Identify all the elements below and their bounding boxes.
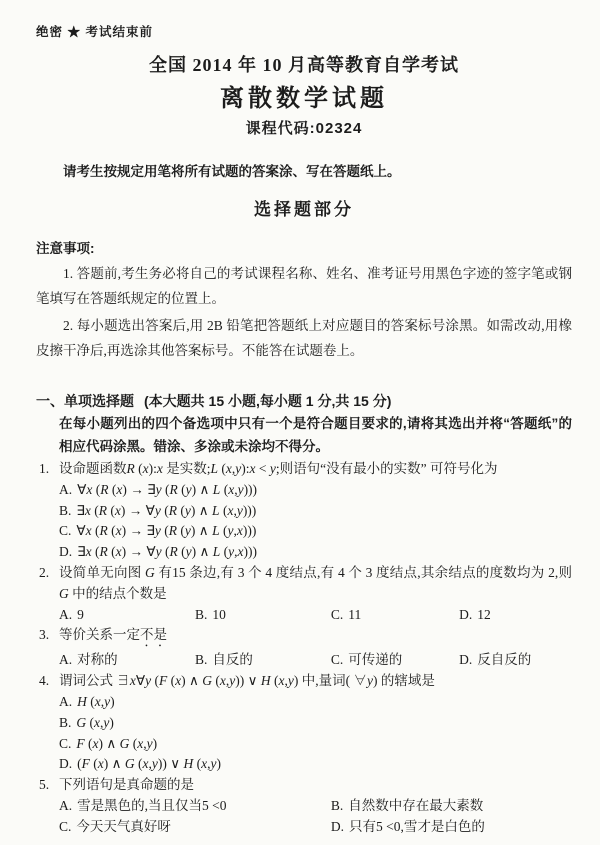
option-label: D.	[459, 652, 472, 667]
option-text: 只有5 <0,雪才是白色的	[349, 819, 485, 834]
part-instruction: 在每小题列出的四个备选项中只有一个是符合题目要求的,请将其选出并将“答题纸”的相…	[36, 413, 572, 458]
option-text: 对称的	[77, 652, 118, 667]
option-text: ∀x (R (x) → ∃y (R (y) ∧ L (x,y)))	[77, 482, 257, 497]
option-text: 可传递的	[348, 652, 402, 667]
exam-page: 绝密 ★ 考试结束前 全国 2014 年 10 月高等教育自学考试 离散数学试题…	[0, 0, 600, 845]
section-title: 选择题部分	[36, 198, 572, 222]
option-text: 12	[477, 607, 491, 622]
option: A.H (x,y)	[59, 692, 572, 713]
option-group: A.雪是黑色的,当且仅当5 <0B.自然数中存在最大素数C.今天天气真好呀D.只…	[59, 796, 572, 838]
option-label: B.	[331, 798, 343, 813]
question-stem: 设命题函数R (x):x 是实数;L (x,y):x < y;则语句“没有最小的…	[59, 459, 572, 480]
course-code: 课程代码:02324	[36, 118, 572, 140]
option-label: B.	[195, 652, 207, 667]
option-text: 11	[348, 607, 361, 622]
option-text: 自反的	[212, 652, 253, 667]
question: 3.等价关系一定不是A.对称的B.自反的C.可传递的D.反自反的	[36, 625, 572, 671]
option-label: B.	[195, 607, 207, 622]
option: A.对称的	[59, 650, 195, 671]
question-stem: 谓词公式 ∃x∀y (F (x) ∧ G (x,y)) ∨ H (x,y) 中,…	[59, 671, 572, 692]
exam-session: 全国 2014 年 10 月高等教育自学考试	[36, 52, 572, 78]
exam-header: 全国 2014 年 10 月高等教育自学考试 离散数学试题 课程代码:02324	[36, 52, 572, 140]
question: 5.下列语句是真命题的是A.雪是黑色的,当且仅当5 <0B.自然数中存在最大素数…	[36, 775, 572, 837]
option-label: B.	[59, 715, 71, 730]
option: D.反自反的	[459, 650, 572, 671]
question-number: 3.	[39, 625, 59, 671]
question: 1.设命题函数R (x):x 是实数;L (x,y):x < y;则语句“没有最…	[36, 459, 572, 563]
question-body: 等价关系一定不是A.对称的B.自反的C.可传递的D.反自反的	[59, 625, 572, 671]
option-label: C.	[59, 523, 71, 538]
question-stem: 等价关系一定不是	[59, 625, 572, 650]
option: D.12	[459, 605, 572, 626]
option-label: B.	[59, 503, 71, 518]
option: C.∀x (R (x) → ∃y (R (y) ∧ L (y,x)))	[59, 521, 572, 542]
option-label: D.	[331, 819, 344, 834]
option-text: (F (x) ∧ G (x,y)) ∨ H (x,y)	[77, 756, 221, 771]
option-group: A.对称的B.自反的C.可传递的D.反自反的	[59, 650, 572, 671]
option-text: 反自反的	[477, 652, 531, 667]
option: C.F (x) ∧ G (x,y)	[59, 734, 572, 755]
option: B.∃x (R (x) → ∀y (R (y) ∧ L (x,y)))	[59, 501, 572, 522]
option-text: F (x) ∧ G (x,y)	[76, 736, 157, 751]
option-text: 9	[77, 607, 84, 622]
option: B.自然数中存在最大素数	[331, 796, 572, 817]
question-stem: 设简单无向图 G 有15 条边,有 3 个 4 度结点,有 4 个 3 度结点,…	[59, 563, 572, 605]
option-label: D.	[59, 756, 72, 771]
option-label: C.	[331, 652, 343, 667]
option: A.雪是黑色的,当且仅当5 <0	[59, 796, 331, 817]
option-label: A.	[59, 694, 72, 709]
option: C.11	[331, 605, 459, 626]
option-group: A.9B.10C.11D.12	[59, 605, 572, 626]
option-text: H (x,y)	[77, 694, 115, 709]
question-number: 4.	[39, 671, 59, 775]
option-group: A.H (x,y)B.G (x,y)C.F (x) ∧ G (x,y)D.(F …	[59, 692, 572, 775]
question-list: 1.设命题函数R (x):x 是实数;L (x,y):x < y;则语句“没有最…	[36, 459, 572, 838]
option-label: C.	[59, 819, 71, 834]
option-label: A.	[59, 652, 72, 667]
part-heading: 一、单项选择题(本大题共 15 小题,每小题 1 分,共 15 分)	[36, 390, 572, 412]
option-label: C.	[331, 607, 343, 622]
note-item: 1. 答题前,考生务必将自己的考试课程名称、姓名、准考证号用黑色字迹的签字笔或钢…	[36, 261, 572, 311]
option-label: A.	[59, 798, 72, 813]
question-body: 设命题函数R (x):x 是实数;L (x,y):x < y;则语句“没有最小的…	[59, 459, 572, 563]
option-text: ∃x (R (x) → ∀y (R (y) ∧ L (x,y)))	[76, 503, 256, 518]
option-label: D.	[59, 544, 72, 559]
option-text: 自然数中存在最大素数	[348, 798, 483, 813]
question: 2.设简单无向图 G 有15 条边,有 3 个 4 度结点,有 4 个 3 度结…	[36, 563, 572, 625]
question-body: 谓词公式 ∃x∀y (F (x) ∧ G (x,y)) ∨ H (x,y) 中,…	[59, 671, 572, 775]
question-number: 2.	[39, 563, 59, 625]
question-number: 1.	[39, 459, 59, 563]
option-text: 雪是黑色的,当且仅当5 <0	[77, 798, 226, 813]
option-text: ∃x (R (x) → ∀y (R (y) ∧ L (y,x)))	[77, 544, 257, 559]
option: B.自反的	[195, 650, 331, 671]
question-stem: 下列语句是真命题的是	[59, 775, 572, 796]
option: B.G (x,y)	[59, 713, 572, 734]
emphasized-text: 不是	[140, 627, 167, 642]
option-text: ∀x (R (x) → ∃y (R (y) ∧ L (y,x)))	[76, 523, 256, 538]
question-body: 设简单无向图 G 有15 条边,有 3 个 4 度结点,有 4 个 3 度结点,…	[59, 563, 572, 625]
option: A.∀x (R (x) → ∃y (R (y) ∧ L (x,y)))	[59, 480, 572, 501]
option-label: A.	[59, 607, 72, 622]
option: A.9	[59, 605, 195, 626]
part-points: (本大题共 15 小题,每小题 1 分,共 15 分)	[144, 393, 391, 409]
option-text: 今天天气真好呀	[76, 819, 171, 834]
option: C.今天天气真好呀	[59, 817, 331, 838]
note-item: 2. 每小题选出答案后,用 2B 铅笔把答题纸上对应题目的答案标号涂黑。如需改动…	[36, 313, 572, 363]
question-number: 5.	[39, 775, 59, 837]
option-label: C.	[59, 736, 71, 751]
question-body: 下列语句是真命题的是A.雪是黑色的,当且仅当5 <0B.自然数中存在最大素数C.…	[59, 775, 572, 837]
security-label: 绝密 ★ 考试结束前	[36, 22, 572, 40]
option: D.∃x (R (x) → ∀y (R (y) ∧ L (y,x)))	[59, 542, 572, 563]
part-heading-label: 一、单项选择题	[36, 393, 134, 409]
answer-sheet-instruction: 请考生按规定用笔将所有试题的答案涂、写在答题纸上。	[36, 161, 572, 183]
option-label: D.	[459, 607, 472, 622]
exam-title: 离散数学试题	[36, 83, 572, 115]
option: D.只有5 <0,雪才是白色的	[331, 817, 572, 838]
option-group: A.∀x (R (x) → ∃y (R (y) ∧ L (x,y)))B.∃x …	[59, 480, 572, 563]
option-text: 10	[212, 607, 226, 622]
option: D.(F (x) ∧ G (x,y)) ∨ H (x,y)	[59, 754, 572, 775]
notes-heading: 注意事项:	[36, 239, 572, 259]
option: B.10	[195, 605, 331, 626]
option-text: G (x,y)	[76, 715, 114, 730]
option: C.可传递的	[331, 650, 459, 671]
option-label: A.	[59, 482, 72, 497]
question: 4.谓词公式 ∃x∀y (F (x) ∧ G (x,y)) ∨ H (x,y) …	[36, 671, 572, 775]
